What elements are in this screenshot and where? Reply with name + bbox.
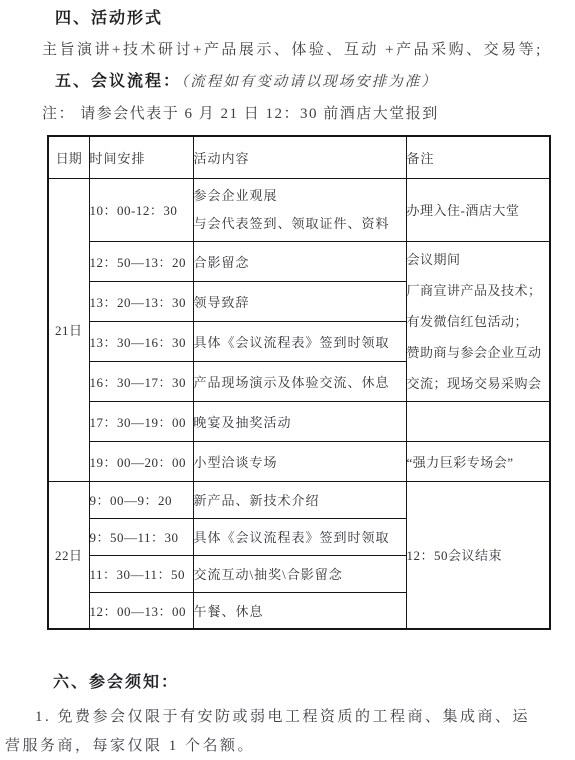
activity-cell: 领导致辞 [193, 281, 406, 321]
activity-cell: 新产品、新技术介绍 [193, 481, 406, 518]
day2-date-cell: 22日 [48, 481, 89, 629]
table-row-day1-2: 12：50—13：20 合影留念 会议期间 厂商宣讲产品及技术； 有发微信红包活… [48, 241, 550, 281]
time-cell: 9：00—9：20 [89, 481, 193, 518]
registration-note: 注： 请参会代表于 6 月 21 日 12：30 前酒店大堂报到 [42, 103, 575, 125]
activity-line: 与会代表签到、领取证件、资料 [194, 210, 406, 238]
activity-cell: 交流互动\抽奖\合影留念 [193, 555, 406, 592]
time-cell: 13：30—16：30 [89, 321, 193, 361]
document-page: 四、活动形式 主旨演讲+技术研讨+产品展示、体验、互动 +产品采购、交易等; 五… [0, 8, 575, 760]
time-cell: 9：50—11：30 [89, 518, 193, 555]
table-header-row: 日期 时间安排 活动内容 备注 [48, 136, 550, 178]
table-row-day2-1: 22日 9：00—9：20 新产品、新技术介绍 12：50会议结束 [48, 481, 550, 518]
col-header-time: 时间安排 [89, 136, 193, 178]
activity-cell: 午餐、休息 [193, 592, 406, 629]
remark-line: 赞助商与参会企业互动 [407, 337, 550, 368]
time-cell: 17：30—19：00 [89, 401, 193, 441]
day1-merged-remark-cell: 会议期间 厂商宣讲产品及技术； 有发微信红包活动； 赞助商与参会企业互动 交流；… [406, 241, 550, 401]
activity-format-text: 主旨演讲+技术研讨+产品展示、体验、互动 +产品采购、交易等; [42, 39, 575, 61]
activity-cell: 参会企业观展 与会代表签到、领取证件、资料 [193, 178, 406, 241]
activity-cell: 晚宴及抽奖活动 [193, 401, 406, 441]
activity-line: 参会企业观展 [194, 182, 406, 210]
remark-cell: 办理入住-酒店大堂 [406, 178, 550, 241]
remark-line: 有发微信红包活动； [407, 306, 550, 337]
section-5-title: 五、会议流程： [55, 73, 181, 90]
section-6-heading: 六、参会须知： [53, 672, 575, 694]
time-cell: 12：00—13：00 [89, 592, 193, 629]
time-cell: 10：00-12：30 [89, 178, 193, 241]
remark-line: 交流；现场交易采购会 [407, 368, 550, 399]
time-cell: 19：00—20：00 [89, 441, 193, 481]
section-5-note: （流程如有变动请以现场安排为准） [181, 74, 438, 90]
table-row-day1-6: 17：30—19：00 晚宴及抽奖活动 [48, 401, 550, 441]
remark-line: 厂商宣讲产品及技术； [407, 275, 550, 306]
table-row-day1-7: 19：00—20：00 小型洽谈专场 “强力巨彩专场会” [48, 441, 550, 481]
table-row-day1-1: 21日 10：00-12：30 参会企业观展 与会代表签到、领取证件、资料 办理… [48, 178, 550, 241]
col-header-activity: 活动内容 [193, 136, 406, 178]
notice-item-1-line-2: 营服务商，每家仅限 1 个名额。 [5, 735, 575, 757]
activity-cell: 具体《会议流程表》签到时领取 [193, 321, 406, 361]
remark-cell-empty [406, 401, 550, 441]
day1-date-cell: 21日 [48, 178, 89, 481]
activity-cell: 具体《会议流程表》签到时领取 [193, 518, 406, 555]
activity-cell: 产品现场演示及体验交流、休息 [193, 361, 406, 401]
col-header-remark: 备注 [406, 136, 550, 178]
activity-cell: 小型洽谈专场 [193, 441, 406, 481]
notice-item-1-line-1: 1. 免费参会仅限于有安防或弱电工程资质的工程商、集成商、运 [35, 706, 575, 728]
activity-cell: 合影留念 [193, 241, 406, 281]
time-cell: 16：30—17：30 [89, 361, 193, 401]
remark-line: 会议期间 [407, 244, 550, 275]
schedule-table: 日期 时间安排 活动内容 备注 21日 10：00-12：30 参会企业观展 与… [47, 135, 551, 630]
section-5-heading: 五、会议流程：（流程如有变动请以现场安排为准） [55, 70, 575, 94]
day2-merged-remark-cell: 12：50会议结束 [406, 481, 550, 629]
time-cell: 11：30—11：50 [89, 555, 193, 592]
time-cell: 13：20—13：30 [89, 281, 193, 321]
remark-cell: “强力巨彩专场会” [406, 441, 550, 481]
section-4-heading: 四、活动形式 [55, 8, 575, 30]
col-header-date: 日期 [48, 136, 89, 178]
time-cell: 12：50—13：20 [89, 241, 193, 281]
